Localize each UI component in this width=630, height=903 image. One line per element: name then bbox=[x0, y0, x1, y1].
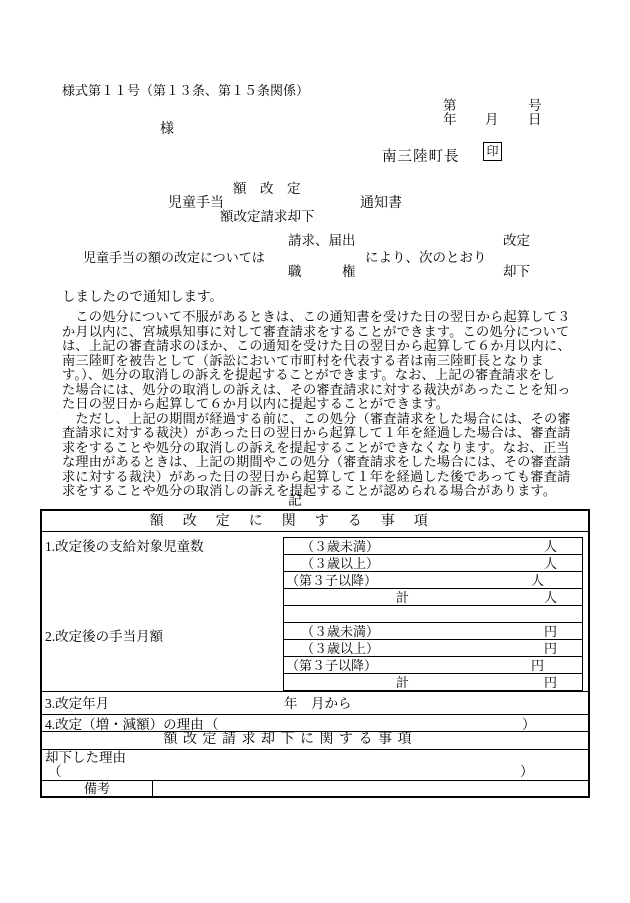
item2-label: 2.改定後の手当月額 bbox=[45, 630, 163, 644]
divider bbox=[42, 714, 588, 715]
notice-line: ただし、上記の期間が経過する前に、この処分（審査請求をした場合には、その審 bbox=[62, 412, 578, 427]
date-day-label: 日 bbox=[528, 113, 542, 127]
section1-header: 額 改 定 に 関 す る 事 項 bbox=[42, 512, 588, 531]
ki-label: 記 bbox=[288, 494, 302, 509]
date-year-label: 年 bbox=[443, 113, 457, 127]
row-label: （３歳未満） bbox=[284, 540, 379, 553]
row-label: （第３子以降） bbox=[284, 574, 377, 587]
notice-line: 求をすることや処分の取消しの訴えを提起することができなくなります。なお、正当 bbox=[62, 441, 578, 456]
row-unit: 円 bbox=[544, 676, 582, 689]
document-page: 様式第１１号（第１３条、第１５条関係） 第 号 年 月 日 様 南三陸町長 印 … bbox=[0, 0, 630, 903]
notice-line: た日の翌日から起算して６か月以内に提起することができます。 bbox=[62, 397, 578, 412]
row-label: （３歳未満） bbox=[284, 625, 379, 638]
doc-number-suffix: 号 bbox=[528, 99, 542, 113]
notice-line: は、上記の審査請求のほか、この通知を受けた日の翌日から起算して６か月以内に、 bbox=[62, 339, 578, 354]
paren-close: ） bbox=[522, 718, 536, 732]
notice-line: た場合には、処分の取消しの訴えは、その審査請求に対する裁決があったことを知っ bbox=[62, 383, 578, 398]
item3-value: 年 月から bbox=[284, 697, 352, 711]
row-unit: 円 bbox=[531, 659, 582, 672]
appeal-notice: この処分について不服があるときは、この通知書を受けた日の翌日から起算して３ か月… bbox=[62, 310, 578, 499]
row-unit: 円 bbox=[544, 642, 582, 655]
row-label: 計 bbox=[284, 676, 409, 689]
notice-line: な理由があるときは、上記の期間やこの処分（審査請求をした場合には、その審査請 bbox=[62, 455, 578, 470]
notice-line: す。）、処分の取消しの訴えを提起することができます。なお、上記の審査請求をし bbox=[62, 368, 578, 383]
row-label: （３歳以上） bbox=[284, 642, 379, 655]
paren-open: （ bbox=[48, 765, 62, 779]
row-unit: 人 bbox=[544, 540, 582, 553]
title-suffix: 通知書 bbox=[360, 196, 402, 211]
sentence-middle: により、次のとおり bbox=[365, 251, 487, 265]
item1-label: 1.改定後の支給対象児童数 bbox=[45, 540, 204, 554]
remarks-divider bbox=[152, 780, 153, 796]
notice-line: か月以内に、宮城県知事に対して審査請求をすることができます。この処分について bbox=[62, 325, 578, 340]
notice-line: この処分について不服があるときは、この通知書を受けた日の翌日から起算して３ bbox=[62, 310, 578, 325]
notice-line: 南三陸町を被告として（訴訟において市町村を代表する者は南三陸町長となりま bbox=[62, 354, 578, 369]
title-option-amount-revision: 額 改 定 bbox=[233, 182, 301, 196]
item3-label: 3.改定年月 bbox=[45, 697, 109, 711]
table-row: 計人 bbox=[284, 589, 582, 606]
seal-stamp: 印 bbox=[483, 142, 502, 161]
table-row: （３歳以上）円 bbox=[284, 640, 582, 657]
title-option-rejection: 額改定請求却下 bbox=[220, 210, 315, 224]
paren-close: ） bbox=[520, 765, 534, 779]
date-month-label: 月 bbox=[485, 113, 499, 127]
doc-number-prefix: 第 bbox=[443, 99, 457, 113]
row-unit: 人 bbox=[544, 557, 582, 570]
table-row-empty bbox=[284, 606, 582, 623]
notice-line: 求をすることや処分の取消しの訴えを提起することが認められる場合があります。 bbox=[62, 484, 578, 499]
table-row: （第３子以降）円 bbox=[284, 657, 582, 674]
table-row: （３歳未満）人 bbox=[284, 538, 582, 555]
recipient-honorific: 様 bbox=[160, 122, 174, 137]
table-row: 計円 bbox=[284, 674, 582, 690]
item4-label: 4.改定（増・減額）の理由 bbox=[45, 718, 204, 732]
notice-line: 査請求に対する裁決）があった日の翌日から起算して１年を経過した場合は、審査請 bbox=[62, 426, 578, 441]
row-unit: 人 bbox=[544, 591, 582, 604]
method-option-authority: 職 権 bbox=[288, 265, 356, 279]
row-label: 計 bbox=[284, 591, 409, 604]
paren-open: （ bbox=[205, 718, 219, 732]
table-row: （第３子以降）人 bbox=[284, 572, 582, 589]
counts-amounts-table: （３歳未満）人 （３歳以上）人 （第３子以降）人 計人 （３歳未満）円 （３歳以… bbox=[283, 537, 583, 691]
divider bbox=[42, 531, 588, 532]
title-prefix: 児童手当 bbox=[168, 196, 224, 211]
result-option-revised: 改定 bbox=[503, 234, 530, 248]
row-unit: 人 bbox=[531, 574, 582, 587]
divider bbox=[42, 780, 588, 781]
sentence-closing: しましたので通知します。 bbox=[62, 290, 223, 304]
row-label: （第３子以降） bbox=[284, 659, 377, 672]
remarks-label: 備考 bbox=[42, 782, 152, 796]
row-unit: 円 bbox=[544, 625, 582, 638]
row-label: （３歳以上） bbox=[284, 557, 379, 570]
rejected-reason-label: 却下した理由 bbox=[45, 751, 126, 765]
sentence-lead: 児童手当の額の改定については bbox=[83, 251, 265, 265]
section2-header: 額 改 定 請 求 却 下 に 関 す る 事 項 bbox=[42, 732, 588, 748]
issuer-name: 南三陸町長 bbox=[382, 145, 460, 166]
table-row: （３歳未満）円 bbox=[284, 623, 582, 640]
notice-line: 求に対する裁決）があった日の翌日から起算して１年を経過した後であっても審査請 bbox=[62, 470, 578, 485]
form-label: 様式第１１号（第１３条、第１５条関係） bbox=[62, 84, 309, 98]
result-option-rejected: 却下 bbox=[503, 265, 530, 279]
details-table: 額 改 定 に 関 す る 事 項 1.改定後の支給対象児童数 2.改定後の手当… bbox=[40, 509, 590, 798]
divider bbox=[42, 691, 588, 692]
method-option-request: 請求、届出 bbox=[288, 234, 356, 248]
table-row: （３歳以上）人 bbox=[284, 555, 582, 572]
